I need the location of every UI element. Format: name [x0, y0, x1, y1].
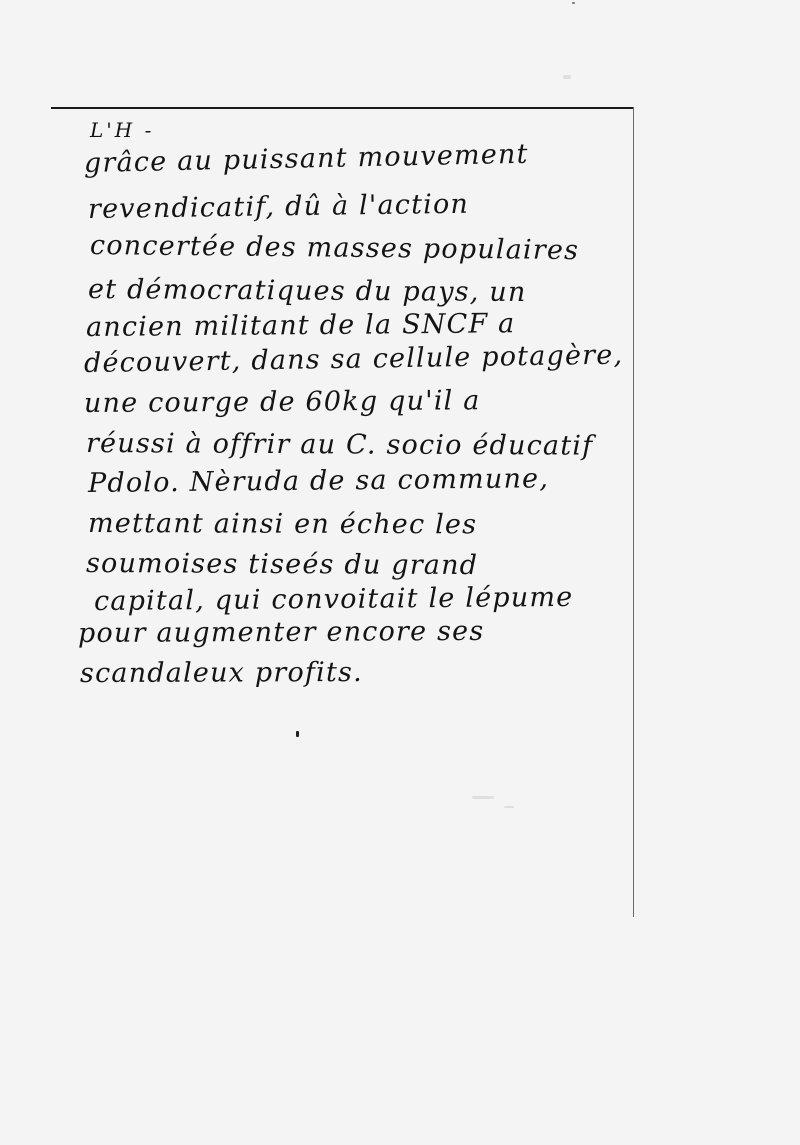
text-line-8: réussi à offrir au C. socio éducatif	[86, 428, 593, 462]
page-frame-right-rule	[633, 107, 634, 917]
text-line-14: scandaleux profits.	[80, 657, 363, 689]
scan-smudge	[504, 806, 514, 808]
text-line-3: concertée des masses populaires	[90, 230, 580, 266]
note-heading: L'H -	[90, 118, 154, 142]
scan-smudge	[472, 796, 494, 799]
ink-speck	[296, 731, 299, 737]
text-line-2: revendicatif, dû à l'action	[88, 189, 469, 225]
scan-smudge	[563, 75, 571, 79]
text-line-7: une courge de 60kg qu'il a	[84, 385, 481, 419]
text-line-11: soumoises tiseés du grand	[86, 548, 478, 581]
text-line-12: capital, qui convoitait le lépume	[94, 582, 574, 617]
page-frame-top-rule	[51, 107, 634, 109]
ink-speck	[572, 2, 575, 4]
text-line-10: mettant ainsi en échec les	[88, 508, 477, 540]
text-line-13: pour augmenter encore ses	[78, 616, 485, 649]
text-line-4: et démocratiques du pays, un	[88, 274, 527, 308]
text-line-9: Pdolo. Nèruda de sa commune,	[88, 463, 549, 499]
text-line-1: grâce au puissant mouvement	[84, 139, 529, 179]
text-line-5: ancien militant de la SNCF a	[86, 308, 516, 343]
text-line-6: découvert, dans sa cellule potagère,	[84, 340, 624, 379]
